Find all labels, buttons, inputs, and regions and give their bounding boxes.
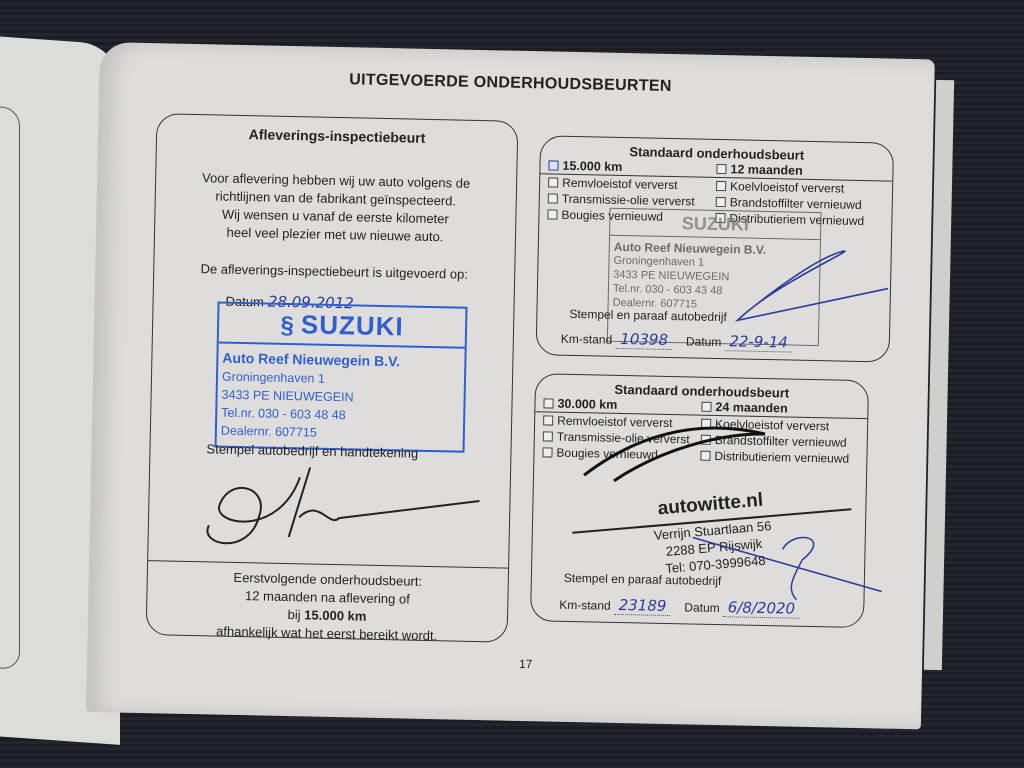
option-label: 30.000 km [557,397,617,412]
checkbox-icon[interactable] [716,197,726,207]
option-label: 24 maanden [715,400,788,416]
months-option[interactable]: 24 maanden [701,399,859,418]
suzuki-s-icon: § [280,312,295,339]
next-prefix: bij [287,607,300,622]
checkbox-icon[interactable] [701,419,711,429]
item-label: Distributieriem vernieuwd [714,449,849,466]
delivery-heading: Afleverings-inspectiebeurt [157,114,517,148]
checkbox-icon[interactable] [543,398,553,408]
signature [188,455,490,561]
stamp-label: Stempel en paraaf autobedrijf [564,571,722,588]
left-page-box [0,104,20,669]
next-service-note: Eerstvolgende onderhoudsbeurt: 12 maande… [147,560,509,647]
checkbox-icon[interactable] [716,164,726,174]
date-value[interactable]: 6/8/2020 [724,598,800,619]
stamp-label: Stempel autobedrijf en handtekening [206,441,418,460]
date-value[interactable]: 22-9-14 [725,332,792,352]
date-label: Datum [686,334,722,349]
item-label: Transmissie-olie ververst [557,430,690,447]
item-label: Remvloeistof ververst [557,414,673,430]
km-label: Km-stand [559,598,611,613]
next-km: 15.000 km [304,607,366,623]
km-option[interactable]: 30.000 km [543,395,701,414]
checkbox-icon[interactable] [548,177,558,187]
item-label: Brandstoffilter vernieuwd [730,195,862,212]
checkbox-checked-icon[interactable] [548,160,558,170]
checkbox-icon[interactable] [543,431,553,441]
checkbox-icon[interactable] [543,415,553,425]
checkbox-icon[interactable] [700,451,710,461]
page-title: UITGEVOERDE ONDERHOUDSBEURTEN [349,71,672,96]
km-value[interactable]: 10398 [616,330,672,350]
option-label: 12 maanden [730,162,803,178]
checkbox-icon[interactable] [716,181,726,191]
checkbox-icon[interactable] [701,402,711,412]
km-value[interactable]: 23189 [614,596,670,616]
option-label: 15.000 km [562,159,622,174]
item-label: Koelvloeistof ververst [715,417,829,433]
suzuki-logo: §SUZUKI [219,304,466,349]
delivery-inspection-box: Afleverings-inspectiebeurt Voor afleveri… [146,113,519,642]
item-label: Bougies vernieuwd [556,446,658,462]
service-box-30000: Standaard onderhoudsbeurt 30.000 km 24 m… [530,373,869,628]
date-label: Datum [684,600,720,615]
dealer-stamp-faded: SUZUKI Auto Reef Nieuwegein B.V. Groning… [607,208,822,346]
page-number: 17 [519,657,533,671]
item-label: Remvloeistof ververst [562,176,678,192]
checkbox-icon[interactable] [548,193,558,203]
checkbox-icon[interactable] [542,447,552,457]
dealer-stamp: §SUZUKI Auto Reef Nieuwegein B.V. Gronin… [215,302,468,453]
km-date-row: Km-stand10398Datum22-9-14 [561,329,800,352]
garage-stamp: autowitte.nl Verrijn Stuartlaan 56 2288 … [570,482,856,584]
km-date-row: Km-stand23189Datum6/8/2020 [559,595,807,618]
item-label: Brandstoffilter vernieuwd [715,433,847,450]
item-label: Transmissie-olie ververst [562,192,695,209]
brand-text: SUZUKI [301,309,404,341]
checkbox-icon[interactable] [547,209,557,219]
dealer-number: Dealernr. 607715 [217,422,463,445]
service-box-15000: Standaard onderhoudsbeurt 15.000 km 12 m… [536,135,895,362]
km-label: Km-stand [561,332,613,347]
delivery-done-text: De afleverings-inspectiebeurt is uitgevo… [154,260,514,283]
maintenance-booklet-page: UITGEVOERDE ONDERHOUDSBEURTEN Aflevering… [86,42,935,729]
delivery-intro: Voor aflevering hebben wij uw auto volge… [155,168,516,248]
checkbox-icon[interactable] [701,435,711,445]
stamp-label: Stempel en paraaf autobedrijf [569,307,727,324]
item-label: Koelvloeistof ververst [730,179,844,195]
